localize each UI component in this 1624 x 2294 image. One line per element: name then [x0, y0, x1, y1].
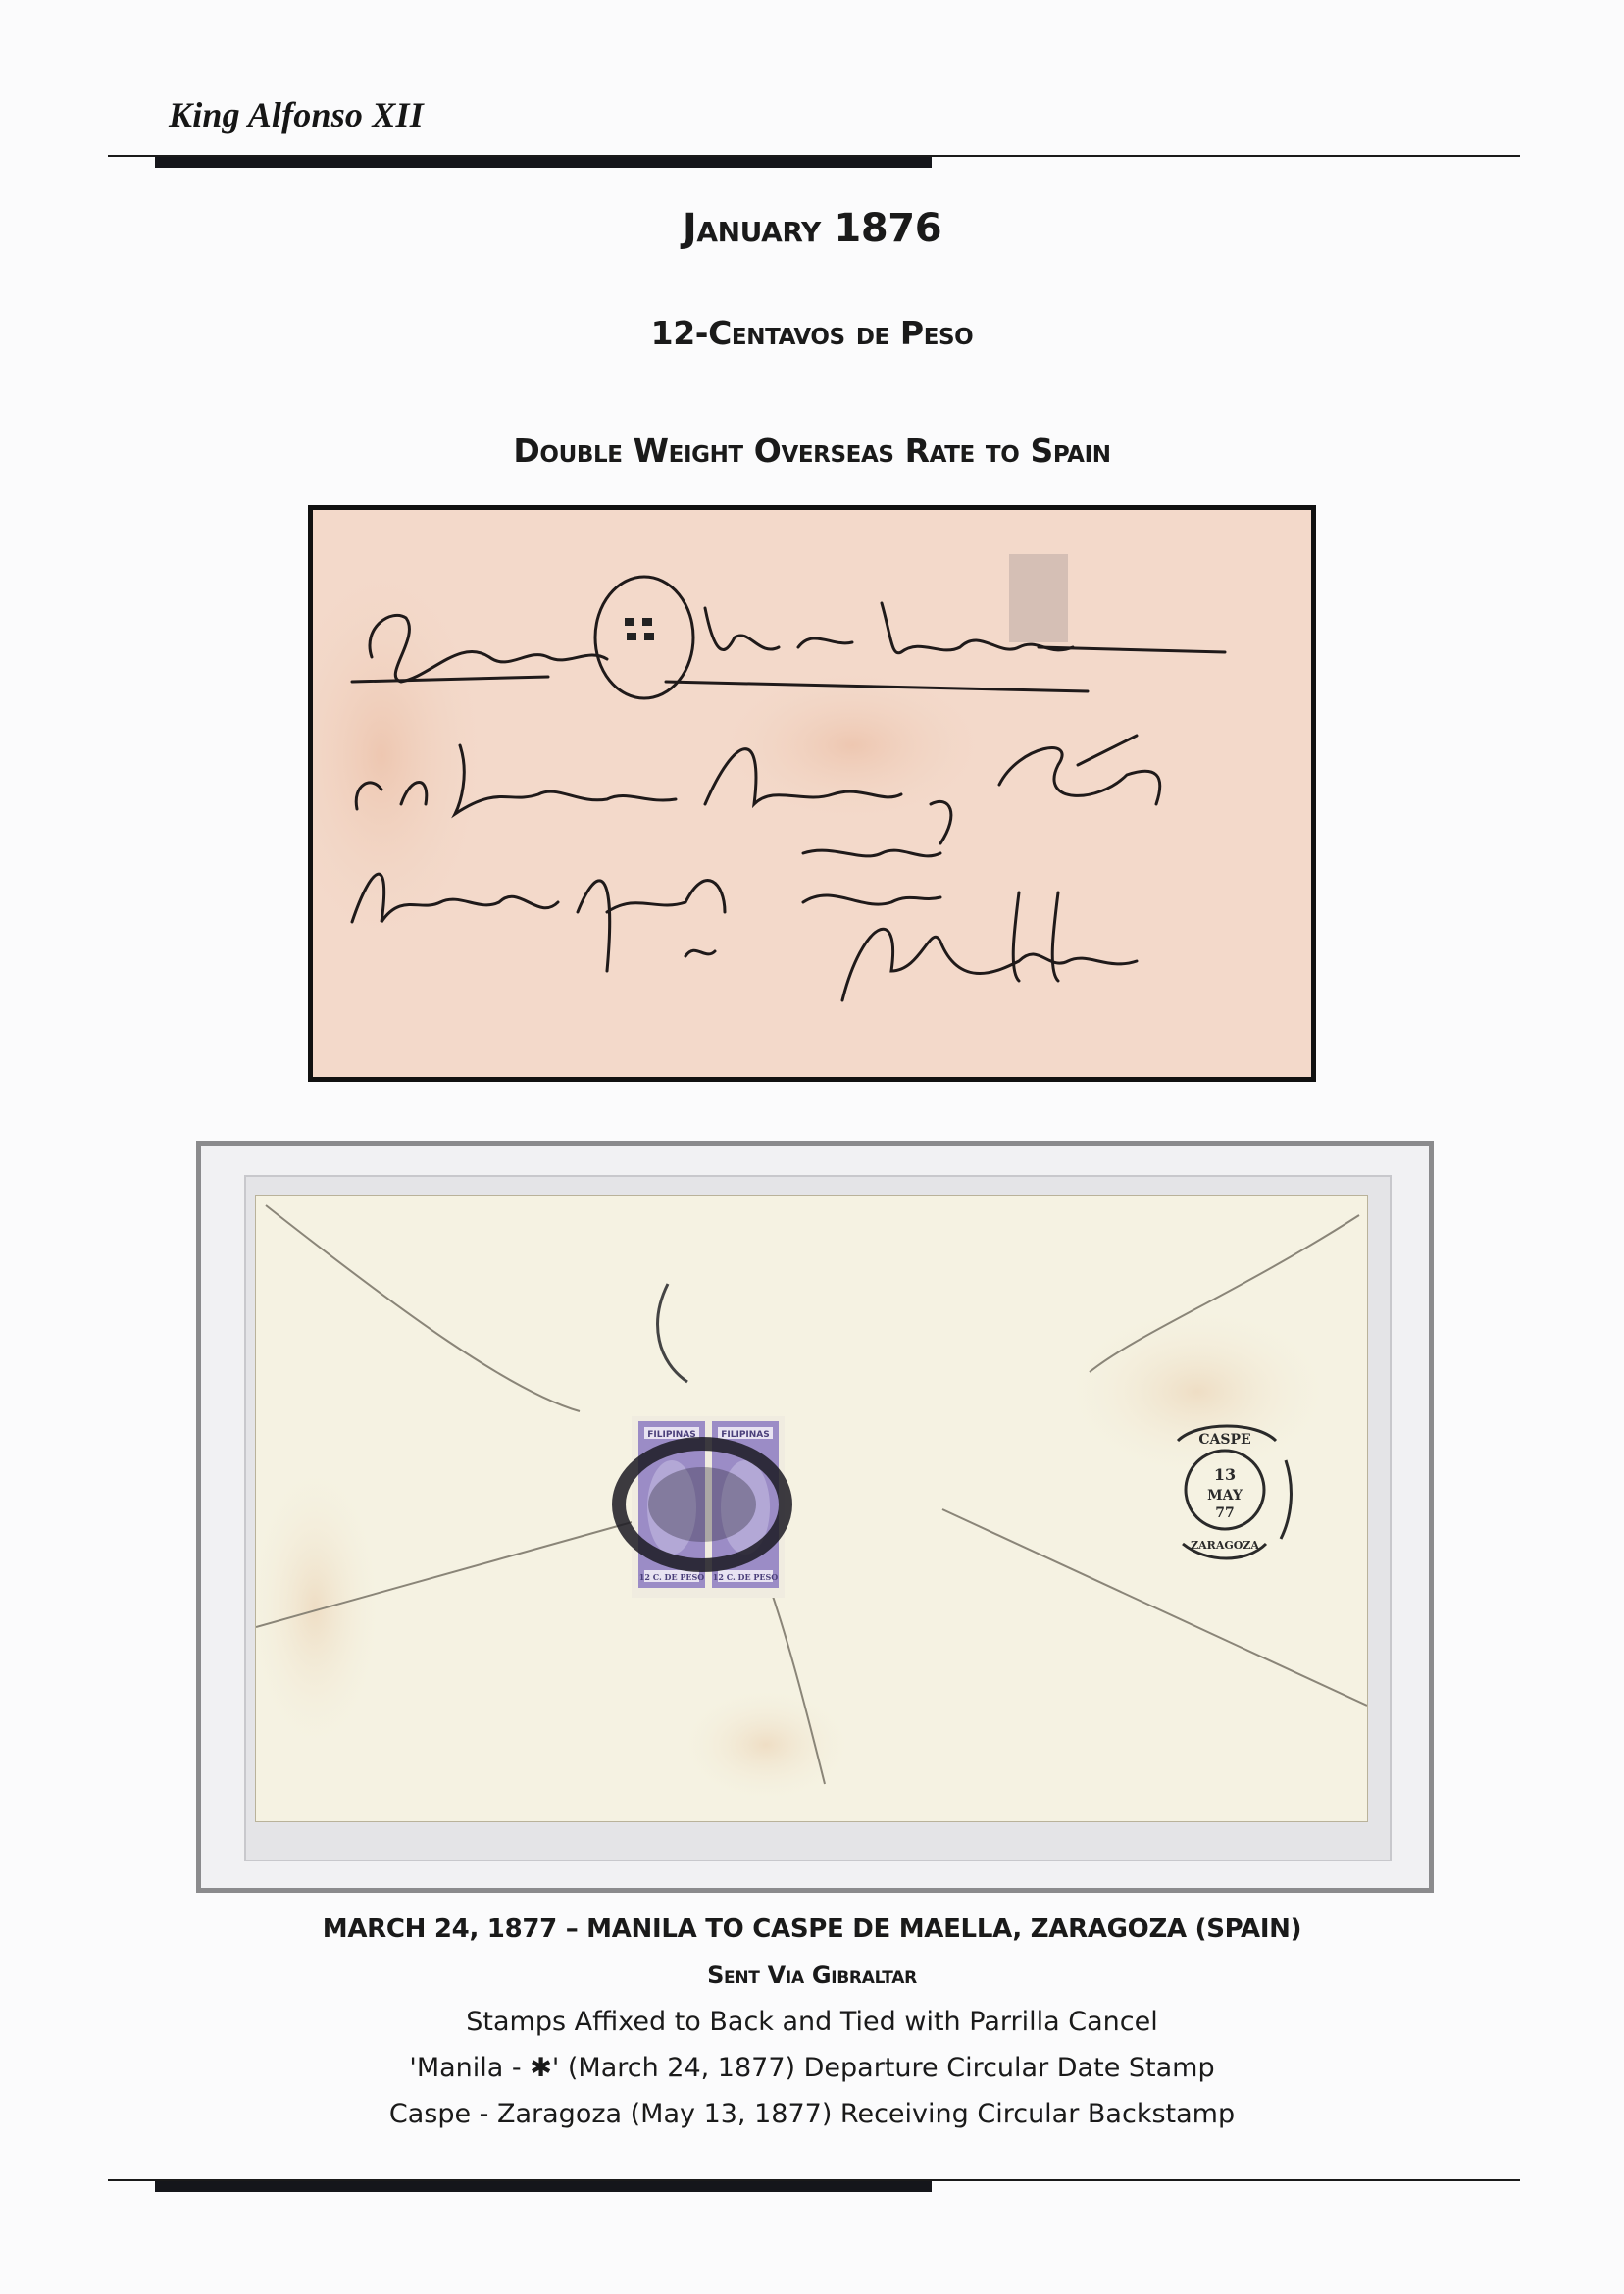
caption-departure-pre: 'Manila - [409, 2053, 530, 2083]
svg-text:FILIPINAS: FILIPINAS [721, 1430, 770, 1440]
heading-date: January 1876 [0, 206, 1624, 251]
star-icon: ✱ [530, 2053, 552, 2083]
svg-text:13: 13 [1214, 1465, 1236, 1484]
caption-departure-post: ' (March 24, 1877) Departure Circular Da… [552, 2053, 1215, 2083]
svg-text:ZARAGOZA: ZARAGOZA [1191, 1539, 1259, 1552]
back-cover-image: FILIPINAS FILIPINAS 12 C. DE PESO 12 C. … [255, 1195, 1368, 1822]
caption-stamps: Stamps Affixed to Back and Tied with Par… [0, 2007, 1624, 2037]
heading-rate: Double Weight Overseas Rate to Spain [0, 432, 1624, 470]
back-cover-mount: FILIPINAS FILIPINAS 12 C. DE PESO 12 C. … [196, 1141, 1434, 1893]
stamp-pair: FILIPINAS FILIPINAS 12 C. DE PESO 12 C. … [619, 1416, 786, 1598]
svg-text:12 C. DE PESO: 12 C. DE PESO [713, 1572, 778, 1582]
svg-text:77: 77 [1215, 1505, 1234, 1521]
front-cover-handwriting [313, 510, 1311, 1077]
front-cover-image [308, 505, 1316, 1082]
svg-text:12 C. DE PESO: 12 C. DE PESO [639, 1572, 704, 1582]
svg-text:CASPE: CASPE [1198, 1432, 1250, 1448]
caption-via: Sent Via Gibraltar [0, 1962, 1624, 1989]
svg-text:MAY: MAY [1207, 1488, 1243, 1504]
heading-stamp-value: 12-Centavos de Peso [0, 314, 1624, 352]
header-rule-thick [155, 157, 932, 168]
caption-departure: 'Manila - ✱' (March 24, 1877) Departure … [0, 2053, 1624, 2083]
back-cover-artwork: FILIPINAS FILIPINAS 12 C. DE PESO 12 C. … [256, 1196, 1367, 1821]
caption-route: MARCH 24, 1877 – MANILA TO CASPE DE MAEL… [0, 1914, 1624, 1944]
caption-backstamp: Caspe - Zaragoza (May 13, 1877) Receivin… [0, 2099, 1624, 2129]
footer-rule-thick [155, 2181, 932, 2192]
page-header-title: King Alfonso XII [169, 94, 424, 135]
